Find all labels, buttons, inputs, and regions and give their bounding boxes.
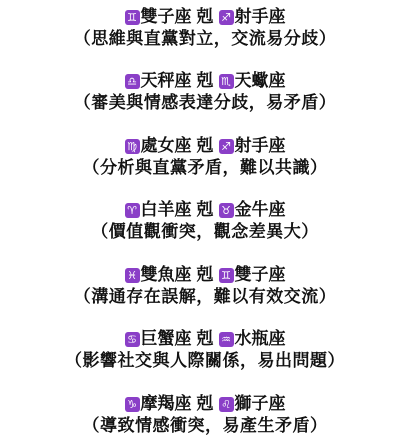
pair-reason: （導致情感衝突，易產生矛盾）: [0, 415, 410, 437]
leo-icon: ♌: [219, 397, 234, 412]
pair-gemini-sagittarius: ♊ 雙子座 剋 ♐ 射手座 （思維與直黨對立，交流易分歧）: [0, 6, 410, 50]
libra-icon: ♎: [125, 74, 140, 89]
pair-title: ♋ 巨蟹座 剋 ♒ 水瓶座: [0, 328, 410, 350]
pair-reason: （溝通存在誤解，難以有效交流）: [0, 286, 410, 308]
pair-libra-scorpio: ♎ 天秤座 剋 ♏ 天蠍座 （審美與情感表達分歧，易矛盾）: [0, 70, 410, 114]
pair-reason: （審美與情感表達分歧，易矛盾）: [0, 92, 410, 114]
pisces-icon: ♓: [125, 268, 140, 283]
sign-b: 天蠍座: [235, 70, 286, 92]
aries-icon: ♈: [125, 203, 140, 218]
sign-b: 金牛座: [235, 199, 286, 221]
pair-title: ♊ 雙子座 剋 ♐ 射手座: [0, 6, 410, 28]
pair-reason: （分析與直黨矛盾，難以共識）: [0, 157, 410, 179]
pair-aries-taurus: ♈ 白羊座 剋 ♉ 金牛座 （價值觀衝突，觀念差異大）: [0, 199, 410, 243]
conflict-word: 剋: [197, 199, 214, 221]
scorpio-icon: ♏: [219, 74, 234, 89]
pair-reason: （影響社交與人際關係，易出問題）: [0, 350, 410, 372]
sign-a: 天秤座: [141, 70, 192, 92]
pair-title: ♈ 白羊座 剋 ♉ 金牛座: [0, 199, 410, 221]
sign-b: 射手座: [235, 135, 286, 157]
sign-a: 雙魚座: [141, 264, 192, 286]
taurus-icon: ♉: [219, 203, 234, 218]
zodiac-conflict-list: ♊ 雙子座 剋 ♐ 射手座 （思維與直黨對立，交流易分歧） ♎ 天秤座 剋 ♏ …: [0, 0, 410, 444]
capricorn-icon: ♑: [125, 397, 140, 412]
pair-cancer-aquarius: ♋ 巨蟹座 剋 ♒ 水瓶座 （影響社交與人際關係，易出問題）: [0, 328, 410, 372]
pair-title: ♍ 處女座 剋 ♐ 射手座: [0, 135, 410, 157]
conflict-word: 剋: [197, 328, 214, 350]
conflict-word: 剋: [197, 6, 214, 28]
gemini-icon: ♊: [125, 10, 140, 25]
pair-reason: （價值觀衝突，觀念差異大）: [0, 221, 410, 243]
conflict-word: 剋: [197, 393, 214, 415]
pair-title: ♎ 天秤座 剋 ♏ 天蠍座: [0, 70, 410, 92]
sign-a: 巨蟹座: [141, 328, 192, 350]
virgo-icon: ♍: [125, 139, 140, 154]
gemini-icon: ♊: [219, 268, 234, 283]
sign-b: 獅子座: [235, 393, 286, 415]
sign-a: 摩羯座: [141, 393, 192, 415]
sagittarius-icon: ♐: [219, 10, 234, 25]
pair-pisces-gemini: ♓ 雙魚座 剋 ♊ 雙子座 （溝通存在誤解，難以有效交流）: [0, 264, 410, 308]
pair-title: ♑ 摩羯座 剋 ♌ 獅子座: [0, 393, 410, 415]
sign-b: 水瓶座: [235, 328, 286, 350]
pair-virgo-sagittarius: ♍ 處女座 剋 ♐ 射手座 （分析與直黨矛盾，難以共識）: [0, 135, 410, 179]
pair-title: ♓ 雙魚座 剋 ♊ 雙子座: [0, 264, 410, 286]
sign-b: 雙子座: [235, 264, 286, 286]
pair-capricorn-leo: ♑ 摩羯座 剋 ♌ 獅子座 （導致情感衝突，易產生矛盾）: [0, 393, 410, 437]
aquarius-icon: ♒: [219, 332, 234, 347]
pair-reason: （思維與直黨對立，交流易分歧）: [0, 28, 410, 50]
sagittarius-icon: ♐: [219, 139, 234, 154]
conflict-word: 剋: [197, 264, 214, 286]
conflict-word: 剋: [197, 135, 214, 157]
cancer-icon: ♋: [125, 332, 140, 347]
sign-a: 雙子座: [141, 6, 192, 28]
sign-a: 白羊座: [141, 199, 192, 221]
sign-a: 處女座: [141, 135, 192, 157]
sign-b: 射手座: [235, 6, 286, 28]
conflict-word: 剋: [197, 70, 214, 92]
